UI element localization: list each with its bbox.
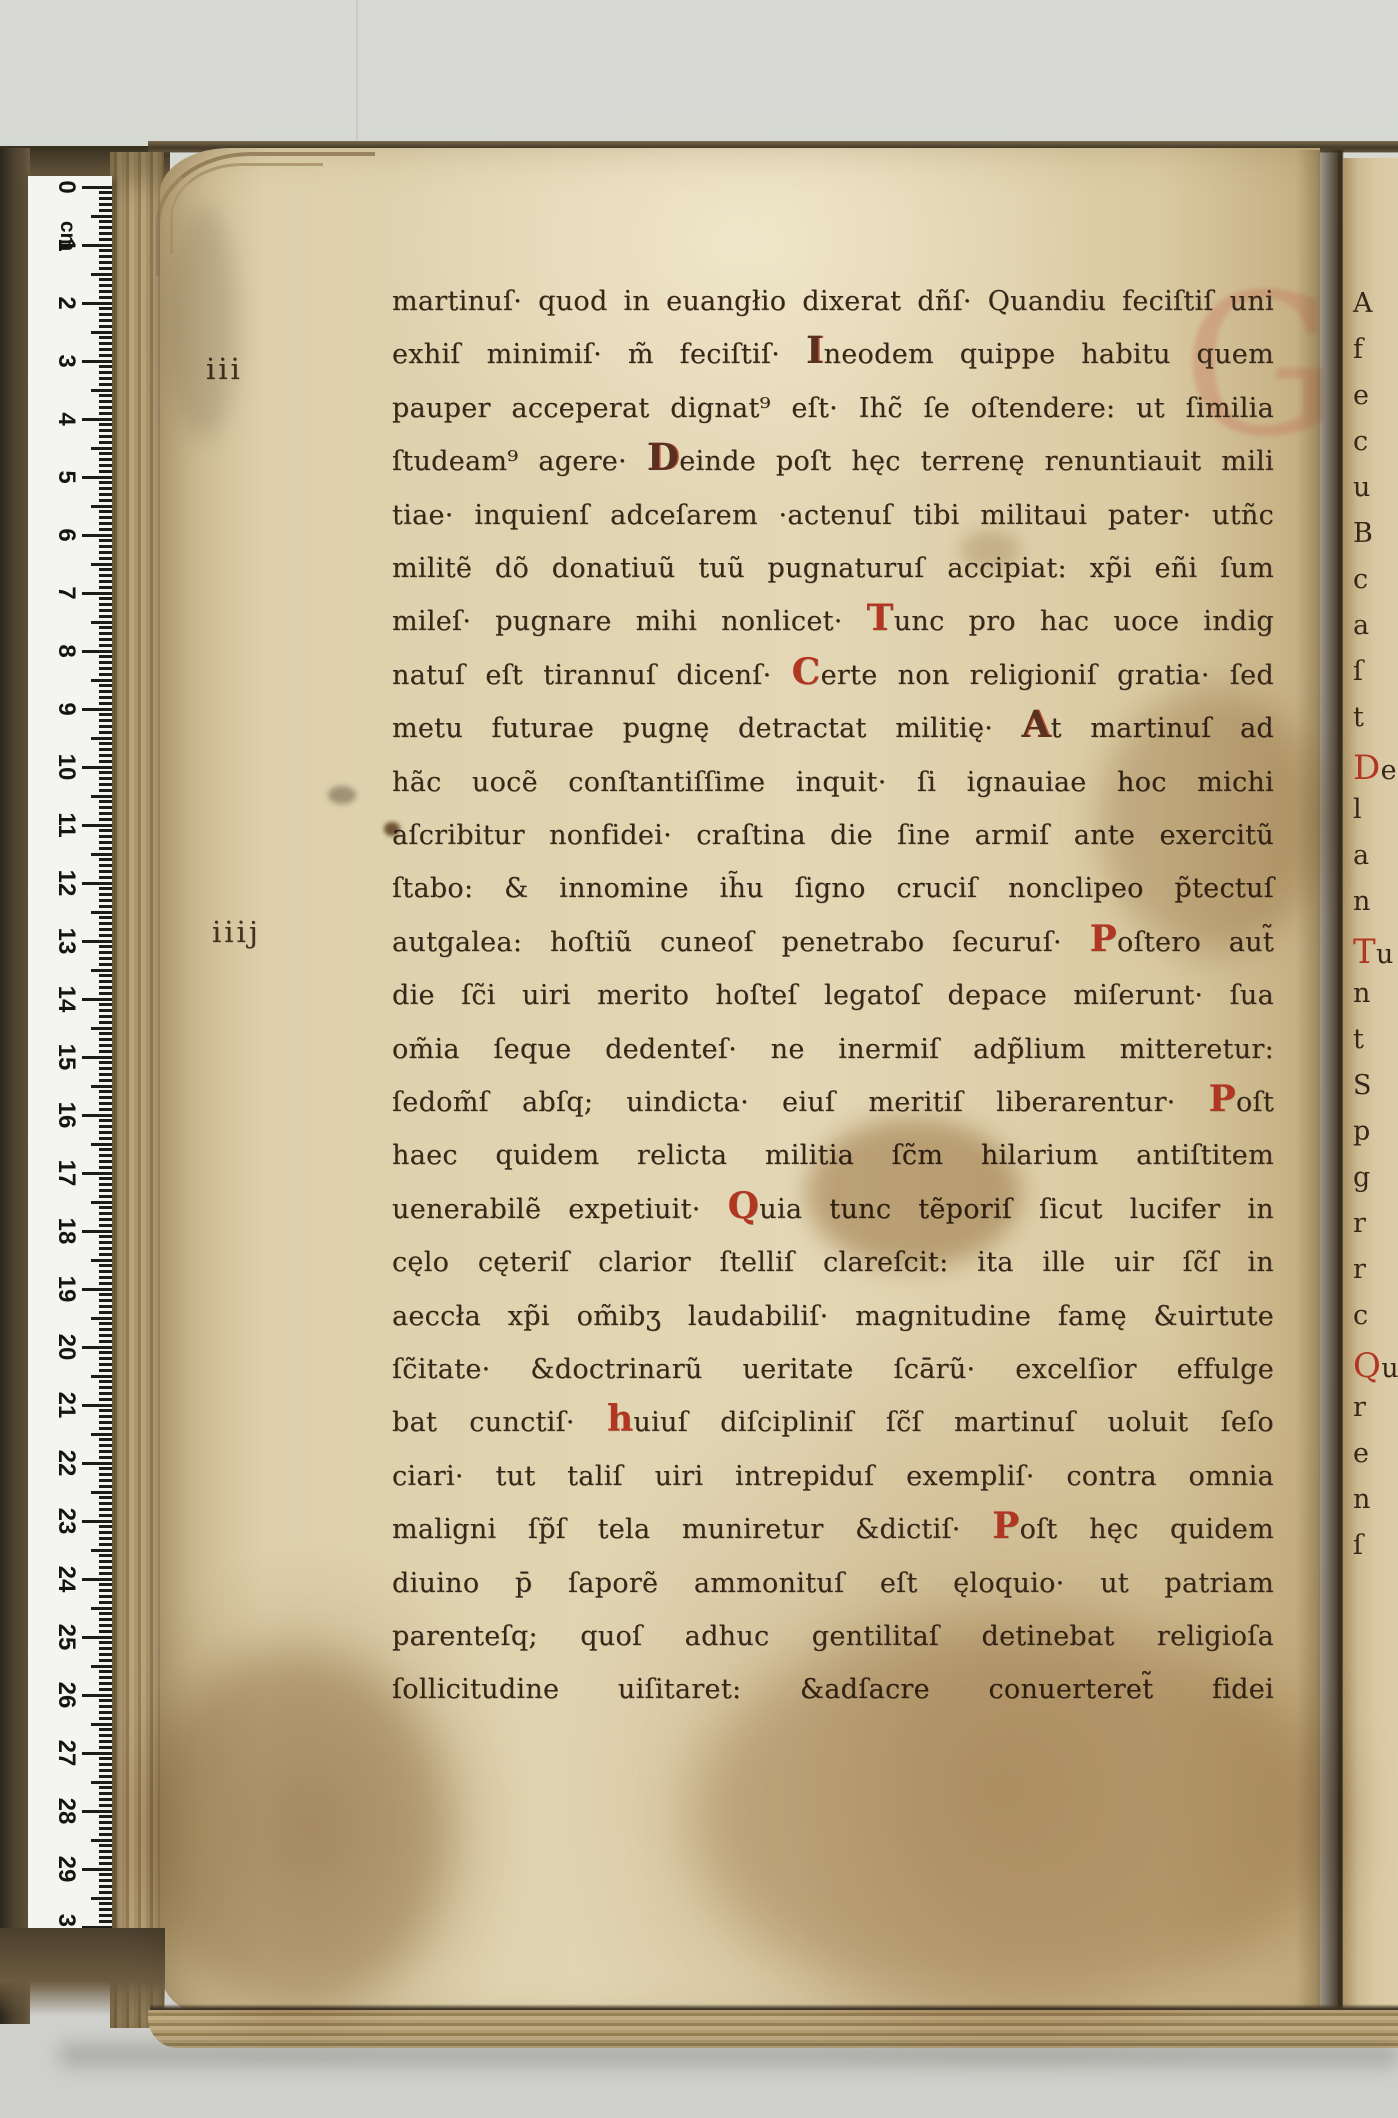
ruler-number: 27 xyxy=(51,1737,81,1769)
ruler-tick xyxy=(99,1276,112,1279)
ruler-tick xyxy=(99,1618,112,1621)
ruler-tick xyxy=(99,1108,112,1111)
rubricated-initial: h xyxy=(607,1398,633,1440)
ruler-tick xyxy=(99,348,112,351)
ruler-tick xyxy=(99,829,112,832)
ruler-tick xyxy=(99,1844,112,1847)
ruler-tick xyxy=(99,296,112,299)
ruler-tick xyxy=(99,1821,112,1824)
ruler-tick xyxy=(99,1682,112,1685)
ruler-tick xyxy=(91,1491,112,1494)
ruler-tick xyxy=(99,1850,112,1853)
ruler-tick xyxy=(99,394,112,397)
ruler-number: 23 xyxy=(51,1505,81,1537)
ruler-tick xyxy=(99,574,112,577)
ruler-tick xyxy=(99,1624,112,1627)
ruler-tick xyxy=(99,1804,112,1807)
ruler-tick xyxy=(82,940,112,943)
ruler-tick xyxy=(99,377,112,380)
ruler-tick xyxy=(99,1467,112,1470)
ruler-tick xyxy=(99,1264,112,1267)
ruler-number: 5 xyxy=(51,461,81,493)
ruler-tick xyxy=(99,673,112,676)
ruler-tick xyxy=(99,1050,112,1053)
ruler-number: 15 xyxy=(51,1041,81,1073)
ruler-tick xyxy=(99,307,112,310)
ruler-tick xyxy=(99,255,112,258)
ruler-tick xyxy=(99,713,112,716)
ruler-tick xyxy=(99,406,112,409)
ruler-tick xyxy=(82,1810,112,1813)
line-text: neodem quippe habitu quem xyxy=(824,339,1274,370)
rubricated-initial: T xyxy=(867,597,894,639)
ruler-tick xyxy=(99,1514,112,1517)
ruler-number: 12 xyxy=(51,867,81,899)
ruler-tick xyxy=(99,1670,112,1673)
line-text: militẽ dõ donatiuũ tuũ pugnaturuſ accipi… xyxy=(392,553,1274,584)
ruler-tick xyxy=(91,621,112,624)
ruler-tick xyxy=(99,777,112,780)
ruler-tick xyxy=(82,592,112,595)
ruler-tick xyxy=(99,1241,112,1244)
ruler-tick xyxy=(91,679,112,682)
ruler-tick xyxy=(99,1131,112,1134)
text-line: ſtabo: & innomine ih̃u ſigno cruciſ nonc… xyxy=(392,873,1274,927)
ruler-tick xyxy=(91,1375,112,1378)
ruler-number: 18 xyxy=(51,1215,81,1247)
line-text: bat cunctiſ· xyxy=(392,1407,607,1438)
ruler-tick xyxy=(99,1177,112,1180)
ruler-tick xyxy=(99,893,112,896)
ruler-tick xyxy=(99,1734,112,1737)
rubricated-initial: P xyxy=(1090,918,1117,960)
rubricated-initial: P xyxy=(1209,1078,1236,1120)
facing-page-text-fragment: n xyxy=(1353,1484,1371,1530)
ruler-tick xyxy=(91,1665,112,1668)
ruler-tick xyxy=(99,719,112,722)
line-text: haec quidem relicta militia ſc̃m hilariu… xyxy=(392,1140,1274,1171)
ruler-tick xyxy=(99,702,112,705)
ruler-tick xyxy=(99,1601,112,1604)
ruler-tick xyxy=(99,220,112,223)
ruler-tick xyxy=(99,1920,112,1923)
ruler-tick xyxy=(91,795,112,798)
ruler-tick xyxy=(99,1873,112,1876)
ruler-tick xyxy=(99,1235,112,1238)
ruler-tick xyxy=(99,435,112,438)
ruler-tick xyxy=(99,916,112,919)
rubricated-initial: D xyxy=(1353,748,1381,788)
ruler-number: 16 xyxy=(51,1099,81,1131)
ruler-tick xyxy=(82,1578,112,1581)
ruler-tick xyxy=(99,1705,112,1708)
line-text: diuino p̄ ſaporẽ ammonituſ eſt ęloquio· … xyxy=(392,1568,1274,1599)
ruler-tick xyxy=(99,1885,112,1888)
rubricated-initial: Q xyxy=(1353,1346,1381,1386)
line-text: hãc uocẽ conſtantiſſime inquit· ſi ignau… xyxy=(392,767,1274,798)
ruler-tick xyxy=(99,1282,112,1285)
ruler-tick xyxy=(82,1462,112,1465)
line-text: oſtero aut̃ xyxy=(1117,927,1274,958)
ruler-tick xyxy=(99,1247,112,1250)
ruler-tick xyxy=(99,812,112,815)
ruler-tick xyxy=(99,383,112,386)
line-text: aſcribitur nonfidei· craſtina die ſine a… xyxy=(392,820,1274,851)
ruler-tick xyxy=(99,1369,112,1372)
text-line: autgalea: hoſtiũ cuneoſ penetrabo ſecuru… xyxy=(392,927,1274,981)
ruler-tick xyxy=(99,1485,112,1488)
ruler-tick xyxy=(99,1195,112,1198)
ruler-tick xyxy=(99,992,112,995)
ruler-tick xyxy=(99,1502,112,1505)
ruler-tick xyxy=(99,597,112,600)
ruler-tick xyxy=(91,1781,112,1784)
ruler-tick xyxy=(99,870,112,873)
ruler-tick xyxy=(99,551,112,554)
ruler-tick xyxy=(99,1554,112,1557)
ruler-tick xyxy=(99,1827,112,1830)
ruler-tick xyxy=(99,1879,112,1882)
ruler-tick xyxy=(99,1392,112,1395)
facing-page-text-fragment: p xyxy=(1353,1116,1371,1162)
ruler-tick xyxy=(99,974,112,977)
facing-page-sliver: AfecuBcaſtDelanTuntSpgrrcQurenſ xyxy=(1343,158,1398,2046)
ruler-tick xyxy=(99,725,112,728)
ruler-tick xyxy=(99,1253,112,1256)
ruler-tick xyxy=(99,1125,112,1128)
facing-page-text-fragment: t xyxy=(1353,1024,1364,1070)
ruler-tick xyxy=(99,806,112,809)
ruler-tick xyxy=(99,1450,112,1453)
line-text: die ſc̃i uiri merito hoſteſ legatoſ depa… xyxy=(392,980,1274,1011)
text-line: martinuſ· quod in euangłio dixerat dñſ· … xyxy=(392,286,1274,340)
ruler-tick xyxy=(91,563,112,566)
text-line: aeccła xp̃i om̃ibʒ laudabiliſ· magnitudi… xyxy=(392,1301,1274,1355)
text-line: exhiſ minimiſ· m̃ feciſtiſ· Ineodem quip… xyxy=(392,339,1274,393)
line-text: ſtabo: & innomine ih̃u ſigno cruciſ nonc… xyxy=(392,873,1274,904)
ruler-tick xyxy=(99,922,112,925)
ruler-tick xyxy=(99,626,112,629)
ruler-tick xyxy=(91,1897,112,1900)
facing-page-text-fragment: B xyxy=(1353,518,1373,564)
ruler-tick xyxy=(99,1137,112,1140)
facing-page-text-fragment: f xyxy=(1353,334,1363,380)
line-text: ſedom̃ſ abſq; uindicta· eiuſ meritiſ lib… xyxy=(392,1087,1209,1118)
line-text: oſt xyxy=(1236,1087,1274,1118)
ruler-tick xyxy=(99,336,112,339)
ruler-tick xyxy=(99,1311,112,1314)
ruler-tick xyxy=(99,441,112,444)
ruler-tick xyxy=(82,1230,112,1233)
text-line: om̃ia ſeque dedenteſ· ne inermiſ adp̃liu… xyxy=(392,1034,1274,1088)
ruler-tick xyxy=(82,708,112,711)
ruler-tick xyxy=(99,690,112,693)
facing-page-text-fragment: g xyxy=(1353,1162,1371,1208)
text-line: metu futurae pugnę detractat militię· At… xyxy=(392,713,1274,767)
ruler-number: 3 xyxy=(51,345,81,377)
facing-page-text-fragment: Tu xyxy=(1353,932,1394,978)
ruler-tick xyxy=(99,1166,112,1169)
ruler-tick xyxy=(99,510,112,513)
ruler-tick xyxy=(91,215,112,218)
ruler-tick xyxy=(99,1427,112,1430)
ruler-tick xyxy=(99,1572,112,1575)
ruler-tick xyxy=(91,1201,112,1204)
text-line: ſc̃itate· &doctrinarũ ueritate ſcārũ· ex… xyxy=(392,1354,1274,1408)
ruler-tick xyxy=(99,487,112,490)
ruler-tick xyxy=(99,1409,112,1412)
ruler-tick xyxy=(91,273,112,276)
ruler-tick xyxy=(99,609,112,612)
ruler-tick xyxy=(82,302,112,305)
book-bottom-left-edge xyxy=(0,1928,165,2016)
ruler-tick xyxy=(99,1537,112,1540)
text-line: tiae· inquienſ adceſarem ·actenuſ tibi m… xyxy=(392,500,1274,554)
ruler-tick xyxy=(99,429,112,432)
ruler-tick xyxy=(82,1520,112,1523)
ruler-tick xyxy=(99,1815,112,1818)
ruler-tick xyxy=(99,1525,112,1528)
ruler-tick xyxy=(99,568,112,571)
ruler-number: 14 xyxy=(51,983,81,1015)
ruler-number: 20 xyxy=(51,1331,81,1363)
ruler-tick xyxy=(99,661,112,664)
ruler-number: 9 xyxy=(51,693,81,725)
ruler-tick xyxy=(82,882,112,885)
ruler-tick xyxy=(91,911,112,914)
ruler-tick xyxy=(99,905,112,908)
line-text: mileſ· pugnare mihi nonlicet· xyxy=(392,606,867,637)
line-text: uiuſ diſcipliniſ ſc̃ſ martinuſ uoluit ſe… xyxy=(633,1407,1274,1438)
ruler-number: 22 xyxy=(51,1447,81,1479)
facing-page-text-fragment: l xyxy=(1353,794,1362,840)
ruler-tick xyxy=(99,1531,112,1534)
facing-page-text-fragment: e xyxy=(1353,380,1369,426)
ruler-tick xyxy=(91,1839,112,1842)
ruler-tick xyxy=(91,505,112,508)
facing-page-text-fragment: u xyxy=(1353,472,1371,518)
ruler-tick xyxy=(82,1636,112,1639)
ruler-tick xyxy=(91,969,112,972)
ruler-tick xyxy=(99,835,112,838)
ruler-tick xyxy=(99,1328,112,1331)
ruler-tick xyxy=(99,1456,112,1459)
ruler-tick xyxy=(99,1862,112,1865)
facing-page-text-fragment: ſ xyxy=(1353,656,1363,702)
rubricated-initial: D xyxy=(647,435,679,479)
ruler-tick xyxy=(99,957,112,960)
ruler-tick xyxy=(99,980,112,983)
ruler-tick xyxy=(99,423,112,426)
ruler-tick xyxy=(99,412,112,415)
ruler-tick xyxy=(99,1798,112,1801)
ruler-tick xyxy=(99,928,112,931)
line-text: autgalea: hoſtiũ cuneoſ penetrabo ſecuru… xyxy=(392,927,1090,958)
ruler-tick xyxy=(99,516,112,519)
ruler-tick xyxy=(99,684,112,687)
ruler-tick xyxy=(99,1496,112,1499)
page-corner-arc xyxy=(170,163,323,254)
ruler-tick xyxy=(99,499,112,502)
ruler-tick xyxy=(99,197,112,200)
ruler-tick xyxy=(99,1560,112,1563)
ruler-tick xyxy=(99,1386,112,1389)
ruler-tick xyxy=(99,1641,112,1644)
ruler-tick xyxy=(99,586,112,589)
ruler-tick xyxy=(99,1786,112,1789)
facing-page-text-fragment: a xyxy=(1353,840,1369,886)
ruler-tick xyxy=(99,655,112,658)
text-line: militẽ dõ donatiuũ tuũ pugnaturuſ accipi… xyxy=(392,553,1274,607)
ruler-tick xyxy=(99,1224,112,1227)
ruler-tick xyxy=(82,1172,112,1175)
ruler-tick xyxy=(99,522,112,525)
ruler-tick xyxy=(99,1508,112,1511)
ruler-tick xyxy=(99,1415,112,1418)
facing-page-text-fragment: c xyxy=(1353,1300,1368,1346)
ruler-tick xyxy=(99,667,112,670)
ruler-tick xyxy=(99,742,112,745)
ruler-tick xyxy=(99,290,112,293)
ruler-tick xyxy=(99,354,112,357)
line-text: natuſ eſt tirannuſ dicenſ· xyxy=(392,660,792,691)
ruler-tick xyxy=(99,760,112,763)
ruler-tick xyxy=(82,1752,112,1755)
text-line: ſollicitudine uiſitaret: &adſacre conuer… xyxy=(392,1674,1274,1728)
ruler-tick xyxy=(82,1346,112,1349)
ruler-tick xyxy=(99,458,112,461)
ruler-tick xyxy=(91,1143,112,1146)
ruler-tick xyxy=(99,1183,112,1186)
ruler-tick xyxy=(99,986,112,989)
ruler-tick xyxy=(99,557,112,560)
facing-page-text-fragment: n xyxy=(1353,978,1371,1024)
line-text: unc pro hac uoce indig xyxy=(894,606,1274,637)
line-text: erte non religioniſ gratia· ſed xyxy=(821,660,1274,691)
ruler-tick xyxy=(99,481,112,484)
line-text: metu futurae pugnę detractat militię· xyxy=(392,713,1022,744)
ruler-tick xyxy=(99,1218,112,1221)
ruler-tick xyxy=(99,1003,112,1006)
ruler-tick xyxy=(99,934,112,937)
ruler-tick xyxy=(99,1630,112,1633)
ruler-tick xyxy=(99,1340,112,1343)
line-text: einde poſt hęc terrenę renuntiauit mili xyxy=(679,446,1274,477)
ruler-tick xyxy=(82,476,112,479)
ruler-tick xyxy=(99,1160,112,1163)
ruler-tick xyxy=(82,1288,112,1291)
ruler-tick xyxy=(99,1856,112,1859)
ruler-number: 13 xyxy=(51,925,81,957)
ruler-tick xyxy=(99,1583,112,1586)
ruler-tick xyxy=(99,847,112,850)
ruler-number: 25 xyxy=(51,1621,81,1653)
ruler-tick xyxy=(99,1015,112,1018)
facing-page-text-fragment: De xyxy=(1353,748,1397,794)
ruler-tick xyxy=(82,1114,112,1117)
ruler-tick xyxy=(99,951,112,954)
ruler-number: 21 xyxy=(51,1389,81,1421)
ruler-tick xyxy=(99,1021,112,1024)
gutter-shadow xyxy=(1296,150,1342,2030)
ruler-tick xyxy=(99,1908,112,1911)
page-stack-bottom-edge xyxy=(148,2010,1398,2048)
ruler-tick xyxy=(91,331,112,334)
rubricated-initial: I xyxy=(806,328,824,372)
text-line: uenerabilẽ expetiuit· Quia tunc tẽporiſ … xyxy=(392,1194,1274,1248)
ruler-number: 1 xyxy=(51,229,81,261)
rubricated-initial: P xyxy=(992,1505,1019,1547)
line-text: pauper acceperat dignat⁹ eſt· Ihc̃ ſe oſ… xyxy=(392,393,1274,424)
text-line: hãc uocẽ conſtantiſſime inquit· ſi ignau… xyxy=(392,767,1274,821)
ruler-tick xyxy=(99,284,112,287)
ruler-tick xyxy=(99,1757,112,1760)
ruler-tick xyxy=(99,1688,112,1691)
ruler-tick xyxy=(99,1398,112,1401)
ruler-tick xyxy=(99,1061,112,1064)
ruler-tick xyxy=(82,998,112,1001)
facing-page-text-fragment: a xyxy=(1353,610,1369,656)
ruler-tick xyxy=(99,342,112,345)
ruler-tick xyxy=(82,1694,112,1697)
ruler-tick xyxy=(82,1868,112,1871)
page-stack-fore-edge xyxy=(110,152,164,2028)
ruler-tick xyxy=(99,887,112,890)
ruler-tick xyxy=(99,1322,112,1325)
facing-page-text-fragment: n xyxy=(1353,886,1371,932)
book-cover-edge xyxy=(0,148,30,2024)
ruler-tick xyxy=(99,858,112,861)
ruler-tick xyxy=(99,1305,112,1308)
text-line: ciari· tut taliſ uiri intrepiduſ exempli… xyxy=(392,1461,1274,1515)
ruler-tick xyxy=(91,447,112,450)
ruler-number: 8 xyxy=(51,635,81,667)
ruler-tick xyxy=(99,1206,112,1209)
ruler-tick xyxy=(99,209,112,212)
photo-scene: iii iiij G martinuſ· quod in euangłio di… xyxy=(0,0,1398,2118)
ruler-tick xyxy=(99,493,112,496)
ruler-tick xyxy=(99,545,112,548)
ruler-tick xyxy=(99,1212,112,1215)
ruler-tick xyxy=(82,650,112,653)
ruler-tick xyxy=(99,1270,112,1273)
ruler-tick xyxy=(82,418,112,421)
line-text: oſt hęc quidem xyxy=(1020,1514,1274,1545)
ruler-tick xyxy=(99,1902,112,1905)
line-text: uia tunc tẽporiſ ſicut lucifer in xyxy=(759,1194,1274,1225)
ruler-number: 0 xyxy=(51,171,81,203)
ruler-tick xyxy=(99,789,112,792)
ruler-number: 24 xyxy=(51,1563,81,1595)
ruler-tick xyxy=(99,1763,112,1766)
ruler-tick xyxy=(99,278,112,281)
rubricated-initial: C xyxy=(792,651,821,693)
ruler-tick xyxy=(91,1723,112,1726)
ruler-tick xyxy=(99,1746,112,1749)
ruler-tick xyxy=(99,1473,112,1476)
ruler-tick xyxy=(99,1299,112,1302)
ruler-tick xyxy=(99,371,112,374)
text-line: natuſ eſt tirannuſ dicenſ· Certe non rel… xyxy=(392,660,1274,714)
facing-page-text-fragment: c xyxy=(1353,426,1368,472)
facing-page-text-fragment: S xyxy=(1353,1070,1372,1116)
ruler-tick xyxy=(99,1102,112,1105)
ruler-tick xyxy=(99,1421,112,1424)
ruler-tick xyxy=(82,824,112,827)
ruler-tick xyxy=(99,899,112,902)
text-line: pauper acceperat dignat⁹ eſt· Ihc̃ ſe oſ… xyxy=(392,393,1274,447)
ruler-tick xyxy=(99,1566,112,1569)
